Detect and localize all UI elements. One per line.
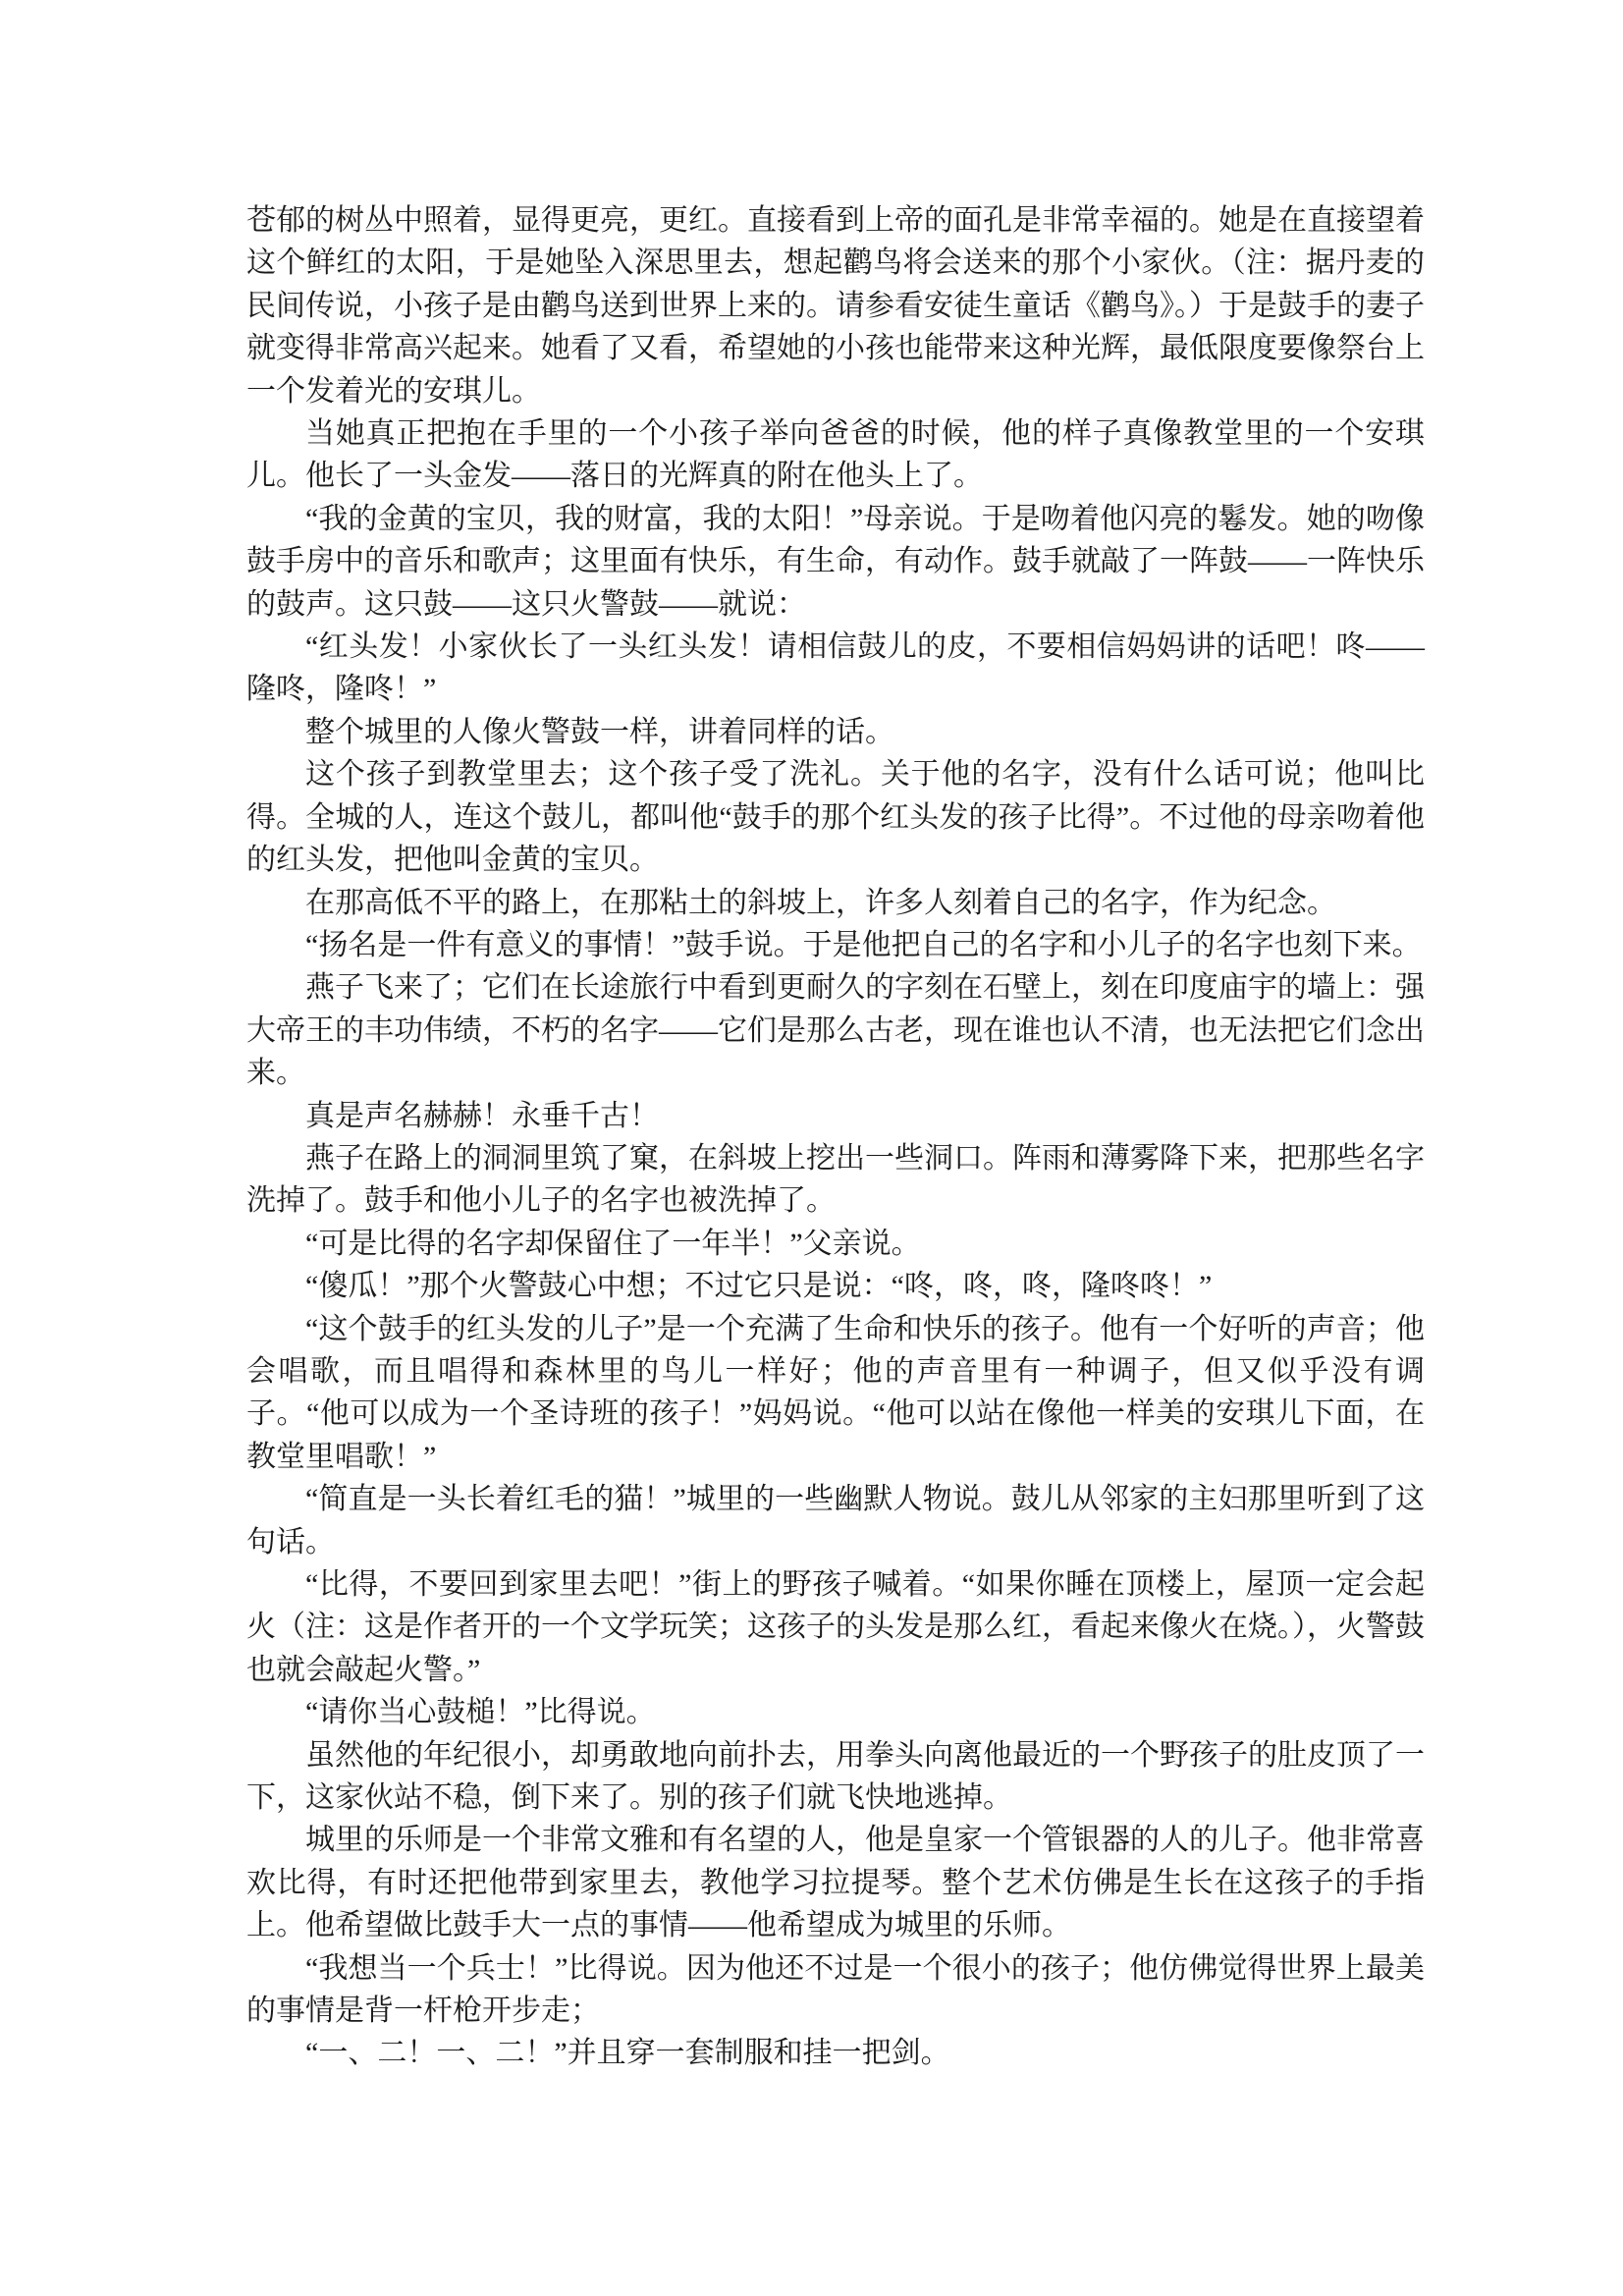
paragraph: “这个鼓手的红头发的儿子”是一个充满了生命和快乐的孩子。他有一个好听的声音；他会… — [246, 1308, 1425, 1479]
paragraph: 城里的乐师是一个非常文雅和有名望的人，他是皇家一个管银器的人的儿子。他非常喜欢比… — [246, 1819, 1425, 1946]
paragraph: “可是比得的名字却保留住了一年半！”父亲说。 — [246, 1223, 1425, 1265]
paragraph: “我想当一个兵士！”比得说。因为他还不过是一个很小的孩子；他仿佛觉得世界上最美的… — [246, 1947, 1425, 2033]
document-page: 苍郁的树丛中照着，显得更亮，更红。直接看到上帝的面孔是非常幸福的。她是在直接望着… — [0, 0, 1623, 2296]
page-text-block: 苍郁的树丛中照着，显得更亮，更红。直接看到上帝的面孔是非常幸福的。她是在直接望着… — [246, 199, 1425, 2075]
paragraph: “红头发！小家伙长了一头红头发！请相信鼓儿的皮，不要相信妈妈讲的话吧！咚——隆咚… — [246, 626, 1425, 711]
paragraph: 燕子在路上的洞洞里筑了窠，在斜坡上挖出一些洞口。阵雨和薄雾降下来，把那些名字洗掉… — [246, 1137, 1425, 1223]
paragraph: “比得，不要回到家里去吧！”街上的野孩子喊着。“如果你睡在顶楼上，屋顶一定会起火… — [246, 1563, 1425, 1691]
paragraph: “简直是一头长着红毛的猫！”城里的一些幽默人物说。鼓儿从邻家的主妇那里听到了这句… — [246, 1478, 1425, 1563]
paragraph: 燕子飞来了；它们在长途旅行中看到更耐久的字刻在石壁上，刻在印度庙宇的墙上：强大帝… — [246, 966, 1425, 1094]
paragraph: “傻瓜！”那个火警鼓心中想；不过它只是说：“咚，咚，咚，隆咚咚！” — [246, 1265, 1425, 1307]
paragraph: “扬名是一件有意义的事情！”鼓手说。于是他把自己的名字和小儿子的名字也刻下来。 — [246, 924, 1425, 966]
paragraph: 当她真正把抱在手里的一个小孩子举向爸爸的时候，他的样子真像教堂里的一个安琪儿。他… — [246, 412, 1425, 498]
paragraph: 虽然他的年纪很小，却勇敢地向前扑去，用拳头向离他最近的一个野孩子的肚皮顶了一下，… — [246, 1734, 1425, 1820]
paragraph: “请你当心鼓槌！”比得说。 — [246, 1691, 1425, 1733]
paragraph: “我的金黄的宝贝，我的财富，我的太阳！”母亲说。于是吻着他闪亮的鬈发。她的吻像鼓… — [246, 498, 1425, 626]
paragraph: 真是声名赫赫！永垂千古！ — [246, 1095, 1425, 1137]
paragraph: 在那高低不平的路上，在那粘土的斜坡上，许多人刻着自己的名字，作为纪念。 — [246, 882, 1425, 924]
paragraph: 整个城里的人像火警鼓一样，讲着同样的话。 — [246, 711, 1425, 753]
paragraph: “一、二！一、二！”并且穿一套制服和挂一把剑。 — [246, 2032, 1425, 2074]
paragraph: 这个孩子到教堂里去；这个孩子受了洗礼。关于他的名字，没有什么话可说；他叫比得。全… — [246, 753, 1425, 881]
paragraph-continuation: 苍郁的树丛中照着，显得更亮，更红。直接看到上帝的面孔是非常幸福的。她是在直接望着… — [246, 199, 1425, 412]
